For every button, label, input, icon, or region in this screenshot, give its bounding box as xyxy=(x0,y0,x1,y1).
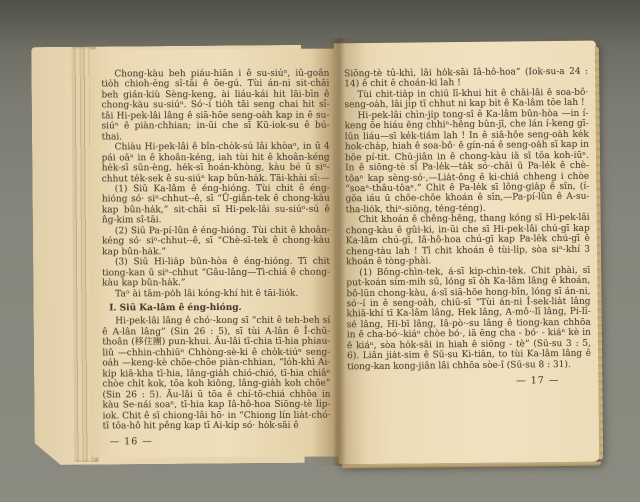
paragraph: Chiàu Hi-pek-lâi ê bîn-cho̍k-sú lâi khòa… xyxy=(102,142,330,185)
left-page-text: Chong-kàu beh piáu-hiān i ê su-siúⁿ, iû-… xyxy=(101,69,330,449)
paragraph-continuation: Siōng-tè tû-khì, lâi ho̍k-sāi Iâ-hô-hoa”… xyxy=(344,67,588,90)
section-heading: I. Siū Ka-lâm ê éng-hióng. xyxy=(109,303,330,314)
paragraph: (2) Siū Pa-pí-lûn ê éng-hióng. Tùi chit … xyxy=(102,225,330,257)
paragraph: (1) Bông-chìn-tek, á-sī kip-chìn-tek. Ch… xyxy=(346,265,591,372)
paragraph: (1) Siū Ka-lâm ê éng-hióng. Tùi chit ê é… xyxy=(102,184,330,227)
right-page-text: Siōng-tè tû-khì, lâi ho̍k-sāi Iâ-hô-hoa”… xyxy=(344,67,591,389)
paragraph: Hi-pek-lâi lâng ê chó·-kong sī “chit ê t… xyxy=(102,316,330,432)
paragraph: Chit khoán ê chêng-hêng, thang kóng sī H… xyxy=(346,213,591,268)
paragraph: (3) Siū Hi-lia̍p bûn-hòa ê éng-hióng. Tī… xyxy=(102,257,330,289)
right-page: Siōng-tè tû-khì, lâi ho̍k-sāi Iâ-hô-hoa”… xyxy=(334,41,600,465)
paragraph: Chong-kàu beh piáu-hiān i ê su-siúⁿ, iû-… xyxy=(101,69,329,143)
left-page: Chong-kàu beh piáu-hiān i ê su-siúⁿ, iû-… xyxy=(89,49,340,458)
paragraph: Taⁿ ài tām-po̍h lâi kóng-khí hit ê tāi-l… xyxy=(102,288,330,299)
paragraph: Hi-pek-lâi chìn-ji̍p tong-sî ê Ka-lâm bû… xyxy=(345,109,590,216)
book-photo: Chong-kàu beh piáu-hiān i ê su-siúⁿ, iû-… xyxy=(0,0,640,502)
paragraph: Tùi chit-tia̍p in chiū lī-khui hit ê chā… xyxy=(344,88,588,111)
page-number-left: — 16 — xyxy=(103,437,331,448)
page-number-right: — 17 — xyxy=(347,376,591,389)
